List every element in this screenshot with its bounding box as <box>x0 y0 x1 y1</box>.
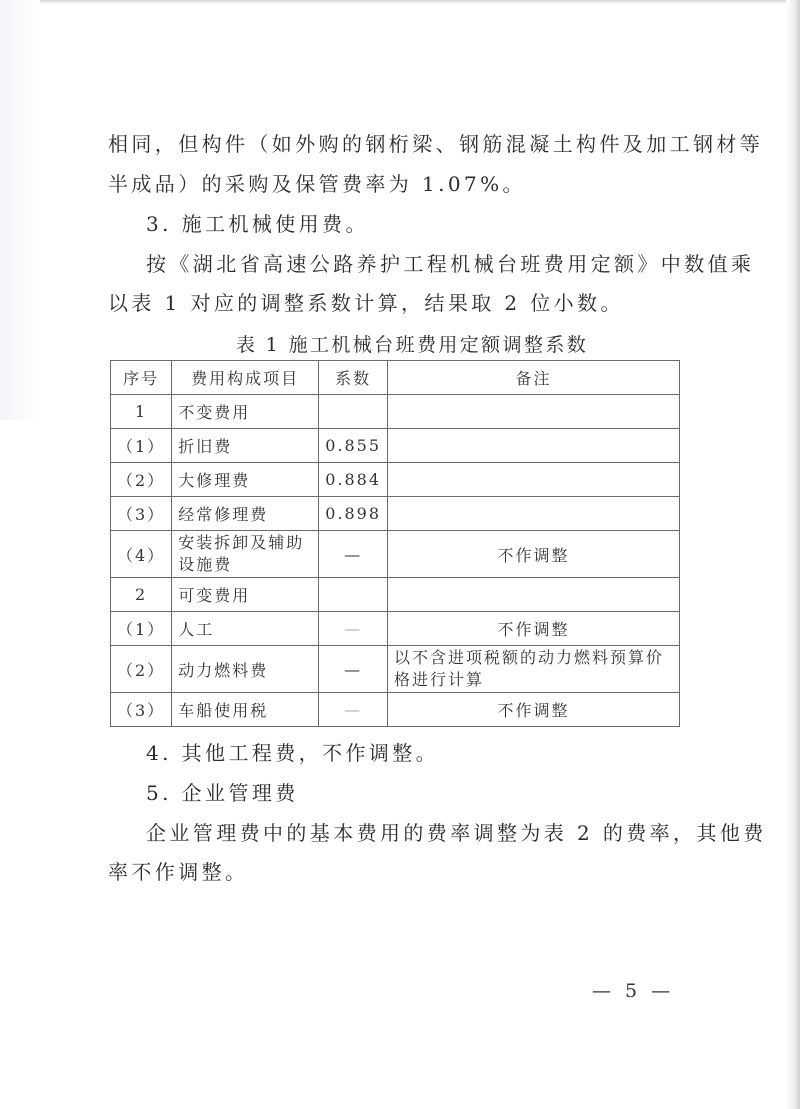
row-note: 不作调整 <box>388 531 680 578</box>
row-item: 不变费用 <box>172 395 319 429</box>
row-coef: 0.898 <box>319 497 388 531</box>
header-cell: 系数 <box>319 361 388 395</box>
row-note: 不作调整 <box>388 612 680 646</box>
paragraph-line: 半成品）的采购及保管费率为 1.07%。 <box>108 171 693 197</box>
row-coef <box>319 578 388 612</box>
row-item: 人工 <box>172 612 319 646</box>
row-coef: 0.855 <box>319 429 388 463</box>
row-number: （3） <box>111 693 172 727</box>
paragraph-line: 相同，但构件（如外购的钢桁梁、钢筋混凝土构件及加工钢材等 <box>108 131 693 157</box>
row-note <box>388 578 680 612</box>
row-coef <box>319 395 388 429</box>
row-note <box>388 395 680 429</box>
header-cell: 序号 <box>111 361 172 395</box>
table-row: （2） 大修理费 0.884 <box>111 463 680 497</box>
table-row: （4） 安装拆卸及辅助设施费 — 不作调整 <box>111 531 680 578</box>
row-number: 1 <box>111 395 172 429</box>
row-item: 可变费用 <box>172 578 319 612</box>
section-heading-3: 3. 施工机械使用费。 <box>146 211 731 237</box>
row-coef: — <box>319 646 388 693</box>
table-row: （1） 折旧费 0.855 <box>111 429 680 463</box>
paragraph-line: 以表 1 对应的调整系数计算，结果取 2 位小数。 <box>108 290 693 316</box>
paragraph-line: 率不作调整。 <box>108 859 693 885</box>
paragraph-line: 按《湖北省高速公路养护工程机械台班费用定额》中数值乘 <box>146 251 731 277</box>
paragraph-line: 企业管理费中的基本费用的费率调整为表 2 的费率，其他费 <box>146 820 731 846</box>
table-row: 1 不变费用 <box>111 395 680 429</box>
table-row: （1） 人工 — 不作调整 <box>111 612 680 646</box>
table-row: 2 可变费用 <box>111 578 680 612</box>
section-heading-4: 4. 其他工程费，不作调整。 <box>146 740 731 766</box>
row-note: 不作调整 <box>388 693 680 727</box>
row-number: （2） <box>111 463 172 497</box>
table-header-row: 序号 费用构成项目 系数 备注 <box>111 361 680 395</box>
scan-edge-right <box>786 0 800 1109</box>
row-note <box>388 463 680 497</box>
row-number: （1） <box>111 612 172 646</box>
header-cell: 费用构成项目 <box>172 361 319 395</box>
scan-edge-top <box>0 0 800 4</box>
row-item: 经常修理费 <box>172 497 319 531</box>
header-cell: 备注 <box>388 361 680 395</box>
row-number: （4） <box>111 531 172 578</box>
row-number: （3） <box>111 497 172 531</box>
scan-shadow-left <box>0 0 40 420</box>
row-item: 折旧费 <box>172 429 319 463</box>
page-number: — 5 — <box>592 980 674 1002</box>
table-row: （3） 经常修理费 0.898 <box>111 497 680 531</box>
row-number: （2） <box>111 646 172 693</box>
row-number: 2 <box>111 578 172 612</box>
table-row: （3） 车船使用税 — 不作调整 <box>111 693 680 727</box>
row-item: 动力燃料费 <box>172 646 319 693</box>
table-row: （2） 动力燃料费 — 以不含进项税额的动力燃料预算价格进行计算 <box>111 646 680 693</box>
row-note: 以不含进项税额的动力燃料预算价格进行计算 <box>388 646 680 693</box>
row-note <box>388 429 680 463</box>
row-number: （1） <box>111 429 172 463</box>
row-note <box>388 497 680 531</box>
row-coef: 0.884 <box>319 463 388 497</box>
section-heading-5: 5. 企业管理费 <box>146 780 731 806</box>
row-coef: — <box>319 693 388 727</box>
adjustment-coefficient-table: 序号 费用构成项目 系数 备注 1 不变费用 （1） 折旧费 0.855 （2）… <box>110 360 680 727</box>
row-coef: — <box>319 612 388 646</box>
row-item: 安装拆卸及辅助设施费 <box>172 531 319 578</box>
row-item: 大修理费 <box>172 463 319 497</box>
row-coef: — <box>319 531 388 578</box>
row-item: 车船使用税 <box>172 693 319 727</box>
table-caption: 表 1 施工机械台班费用定额调整系数 <box>0 330 800 357</box>
